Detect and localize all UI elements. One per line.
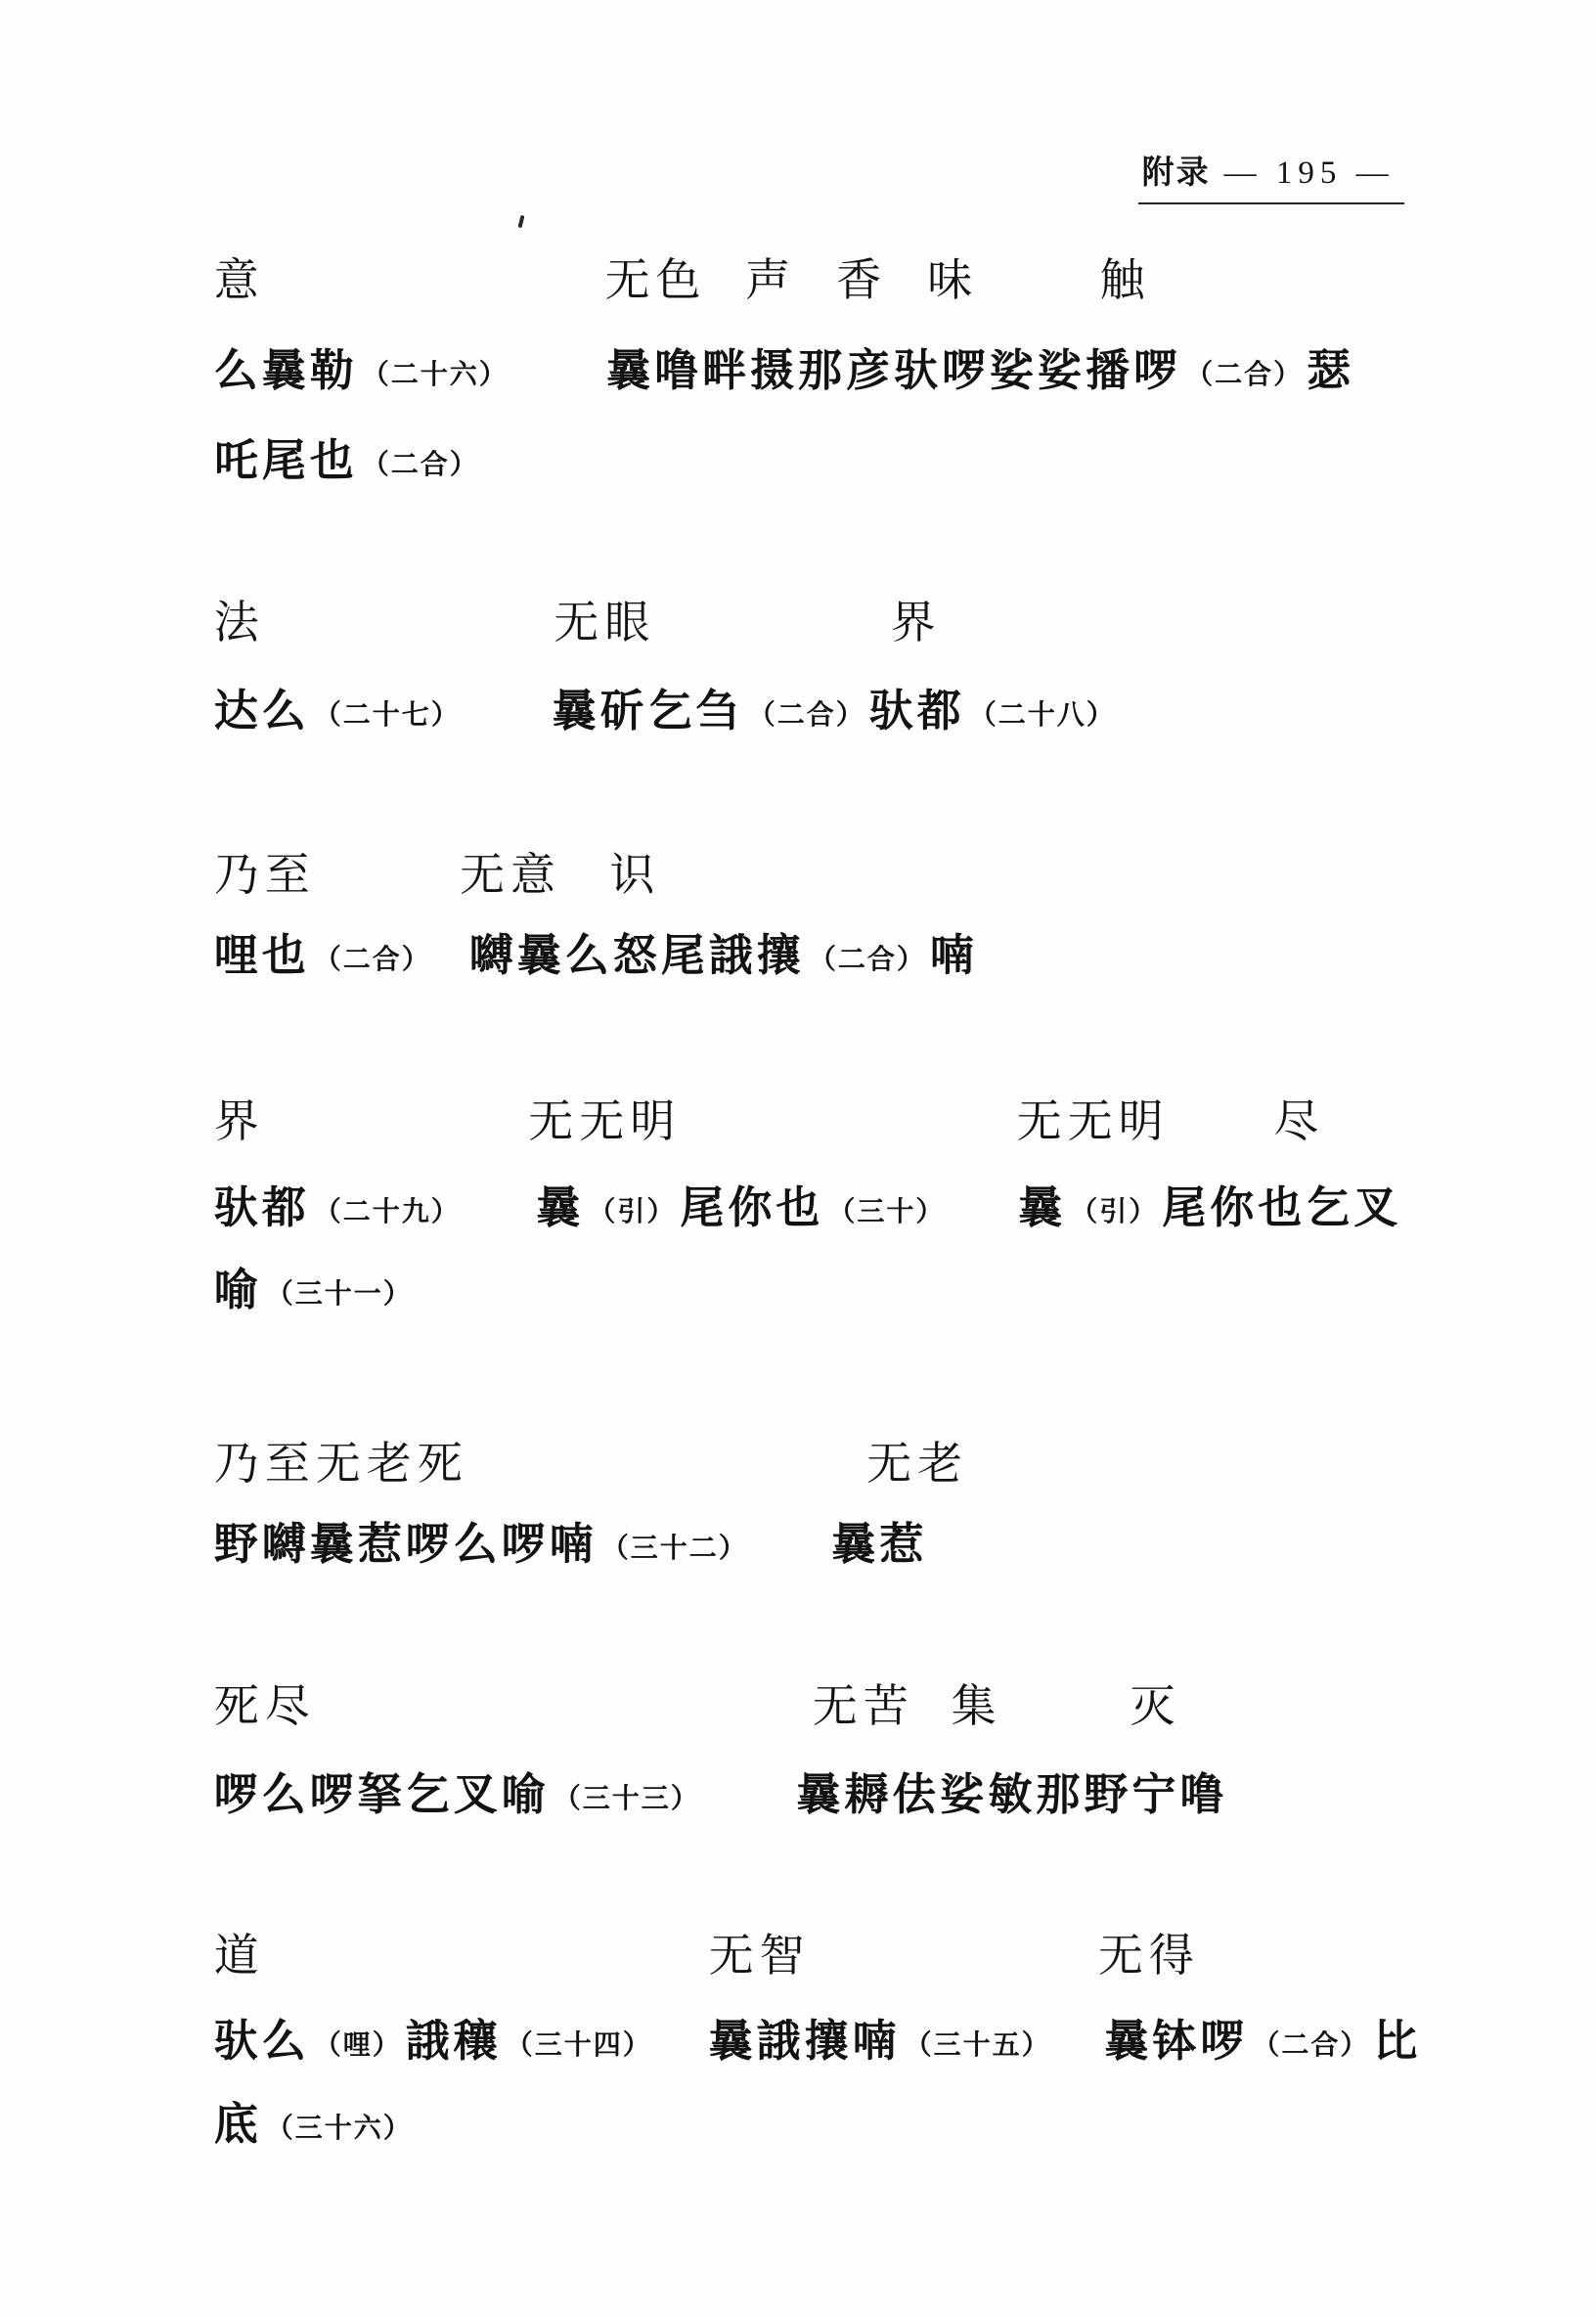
transliteration-line: 底（三十六） <box>0 2098 1596 2157</box>
main-text-run: 野嚩曩惹啰么啰喃 <box>214 1520 598 1569</box>
gloss-term: 触 <box>1099 256 1150 306</box>
line-segment: 驮都（二十九） <box>214 1181 465 1234</box>
gloss-term: 识 <box>609 851 660 901</box>
line-segment: 曩斫乞刍（二合）驮都（二十八） <box>553 685 1120 737</box>
main-text-run: 曩钵啰 <box>1104 2017 1248 2066</box>
transliteration-line: 达么（二十七）曩斫乞刍（二合）驮都（二十八） <box>0 685 1596 743</box>
scan-speck <box>517 215 524 229</box>
gloss-line: 乃至无老死无老 <box>0 1440 1596 1498</box>
annotation-run: （二合） <box>809 945 926 975</box>
main-text-run: 曩 <box>536 1183 584 1232</box>
transliteration-line: 吒尾也（二合） <box>0 434 1596 493</box>
annotation-run: （二十六） <box>362 360 509 390</box>
annotation-run: （二合） <box>1252 2030 1369 2061</box>
annotation-run: （三十四） <box>506 2030 652 2061</box>
scanned-book-page: { "page": { "header": { "label": "附录", "… <box>0 0 1596 2316</box>
gloss-term: 灭 <box>1130 1682 1180 1732</box>
annotation-run: （二合） <box>362 450 479 480</box>
main-text-run: 么曩勒 <box>214 346 358 395</box>
gloss-line: 道无智无得 <box>0 1932 1596 1990</box>
line-segment: 达么（二十七） <box>214 685 465 737</box>
gloss-line: 死尽无苦集灭 <box>0 1682 1596 1741</box>
gloss-line: 界无无明无无明尽 <box>0 1097 1596 1156</box>
gloss-term: 法 <box>214 599 265 648</box>
gloss-term: 乃至 <box>214 851 316 901</box>
gloss-term: 声 <box>745 256 796 306</box>
gloss-term: 味 <box>927 256 978 306</box>
line-segment: 曩钵啰（二合）比 <box>1104 2015 1421 2068</box>
annotation-run: （二十九） <box>314 1197 461 1227</box>
main-text-run: 驮都 <box>869 687 965 735</box>
main-text-run: 底 <box>214 2100 262 2149</box>
main-text-run: 瑟 <box>1307 346 1354 395</box>
main-text-run: 达么 <box>214 687 310 735</box>
line-segment: 喻（三十一） <box>214 1264 417 1316</box>
line-segment: 野嚩曩惹啰么啰喃（三十二） <box>214 1518 752 1571</box>
annotation-run: （三十三） <box>554 1784 700 1814</box>
gloss-term: 无意 <box>460 851 561 901</box>
gloss-term: 意 <box>214 256 265 306</box>
main-text-run: 誐穰 <box>406 2017 502 2066</box>
page-header: 附录— 195 — <box>1138 147 1404 204</box>
main-text-run: 曩惹 <box>831 1520 927 1569</box>
main-text-run: 曩斫乞刍 <box>553 687 744 735</box>
annotation-run: （哩） <box>314 2030 402 2061</box>
transliteration-line: 喻（三十一） <box>0 1264 1596 1322</box>
main-text-run: 曩誐攘喃 <box>709 2017 901 2066</box>
annotation-run: （三十） <box>827 1197 945 1227</box>
gloss-term: 界 <box>891 599 942 648</box>
main-text-run: 吒尾也 <box>214 436 358 485</box>
annotation-run: （二十八） <box>969 700 1116 731</box>
gloss-term: 无苦 <box>813 1682 914 1732</box>
transliteration-line: 野嚩曩惹啰么啰喃（三十二）曩惹 <box>0 1518 1596 1577</box>
annotation-run: （二十七） <box>314 700 461 731</box>
main-text-run: 曩耨佉娑敏那野宁噜 <box>796 1770 1227 1819</box>
gloss-term: 死尽 <box>214 1682 316 1732</box>
annotation-run: （引） <box>588 1197 676 1227</box>
line-segment: 驮么（哩）誐穰（三十四） <box>214 2015 656 2068</box>
annotation-run: （引） <box>1070 1197 1158 1227</box>
line-segment: 曩惹 <box>831 1518 927 1571</box>
annotation-run: （二合） <box>1185 360 1303 390</box>
main-text-run: 尾你也乞叉 <box>1162 1183 1401 1232</box>
annotation-run: （二合） <box>314 945 431 975</box>
main-text-run: 尾你也 <box>680 1183 823 1232</box>
main-text-run: 驮么 <box>214 2017 310 2066</box>
main-text-run: 曩噜畔摄那彦驮啰娑娑播啰 <box>606 346 1181 395</box>
gloss-term: 无眼 <box>554 599 655 648</box>
gloss-line: 法无眼界 <box>0 599 1596 657</box>
gloss-term: 无色 <box>605 256 707 306</box>
gloss-line: 意无色声香味触 <box>0 256 1596 315</box>
gloss-term: 香 <box>836 256 887 306</box>
transliteration-line: 驮么（哩）誐穰（三十四）曩誐攘喃（三十五）曩钵啰（二合）比 <box>0 2015 1596 2073</box>
gloss-term: 乃至无老死 <box>214 1440 468 1490</box>
line-segment: 底（三十六） <box>214 2098 417 2151</box>
line-segment: 哩也（二合） <box>214 929 435 982</box>
line-segment: 曩噜畔摄那彦驮啰娑娑播啰（二合）瑟 <box>606 344 1354 397</box>
line-segment: 吒尾也（二合） <box>214 434 483 487</box>
main-text-run: 哩也 <box>214 931 310 980</box>
appendix-label: 附录 <box>1142 156 1211 191</box>
gloss-term: 无老 <box>866 1440 968 1490</box>
main-text-run: 啰么啰拏乞叉喻 <box>214 1770 550 1819</box>
line-segment: 嚩曩么怒尾誐攘（二合）喃 <box>469 929 978 982</box>
page-number: — 195 — <box>1224 156 1395 191</box>
transliteration-line: 么曩勒（二十六）曩噜畔摄那彦驮啰娑娑播啰（二合）瑟 <box>0 344 1596 403</box>
annotation-run: （三十二） <box>601 1534 748 1564</box>
transliteration-line: 驮都（二十九）曩（引）尾你也（三十）曩（引）尾你也乞叉 <box>0 1181 1596 1240</box>
line-segment: 曩（引）尾你也乞叉 <box>1018 1181 1401 1234</box>
line-segment: 曩耨佉娑敏那野宁噜 <box>796 1768 1227 1821</box>
line-segment: 啰么啰拏乞叉喻（三十三） <box>214 1768 704 1821</box>
main-text-run: 喃 <box>930 931 978 980</box>
annotation-run: （二合） <box>748 700 865 731</box>
gloss-term: 无无明 <box>528 1097 681 1147</box>
gloss-term: 无得 <box>1098 1932 1200 1982</box>
main-text-run: 曩 <box>1018 1183 1066 1232</box>
gloss-term: 无无明 <box>1017 1097 1170 1147</box>
gloss-term: 集 <box>952 1682 1002 1732</box>
main-text-run: 喻 <box>214 1266 262 1314</box>
line-segment: 曩（引）尾你也（三十） <box>536 1181 949 1234</box>
gloss-line: 乃至无意识 <box>0 851 1596 910</box>
gloss-term: 界 <box>214 1097 265 1147</box>
transliteration-line: 啰么啰拏乞叉喻（三十三）曩耨佉娑敏那野宁噜 <box>0 1768 1596 1827</box>
main-text-run: 比 <box>1373 2017 1421 2066</box>
main-text-run: 嚩曩么怒尾誐攘 <box>469 931 805 980</box>
line-segment: 曩誐攘喃（三十五） <box>709 2015 1055 2068</box>
gloss-term: 尽 <box>1273 1097 1324 1147</box>
gloss-term: 无智 <box>709 1932 811 1982</box>
annotation-run: （三十六） <box>266 2114 413 2144</box>
gloss-term: 道 <box>214 1932 265 1982</box>
main-text-run: 驮都 <box>214 1183 310 1232</box>
annotation-run: （三十一） <box>266 1279 413 1310</box>
line-segment: 么曩勒（二十六） <box>214 344 512 397</box>
annotation-run: （三十五） <box>905 2030 1051 2061</box>
transliteration-line: 哩也（二合）嚩曩么怒尾誐攘（二合）喃 <box>0 929 1596 988</box>
